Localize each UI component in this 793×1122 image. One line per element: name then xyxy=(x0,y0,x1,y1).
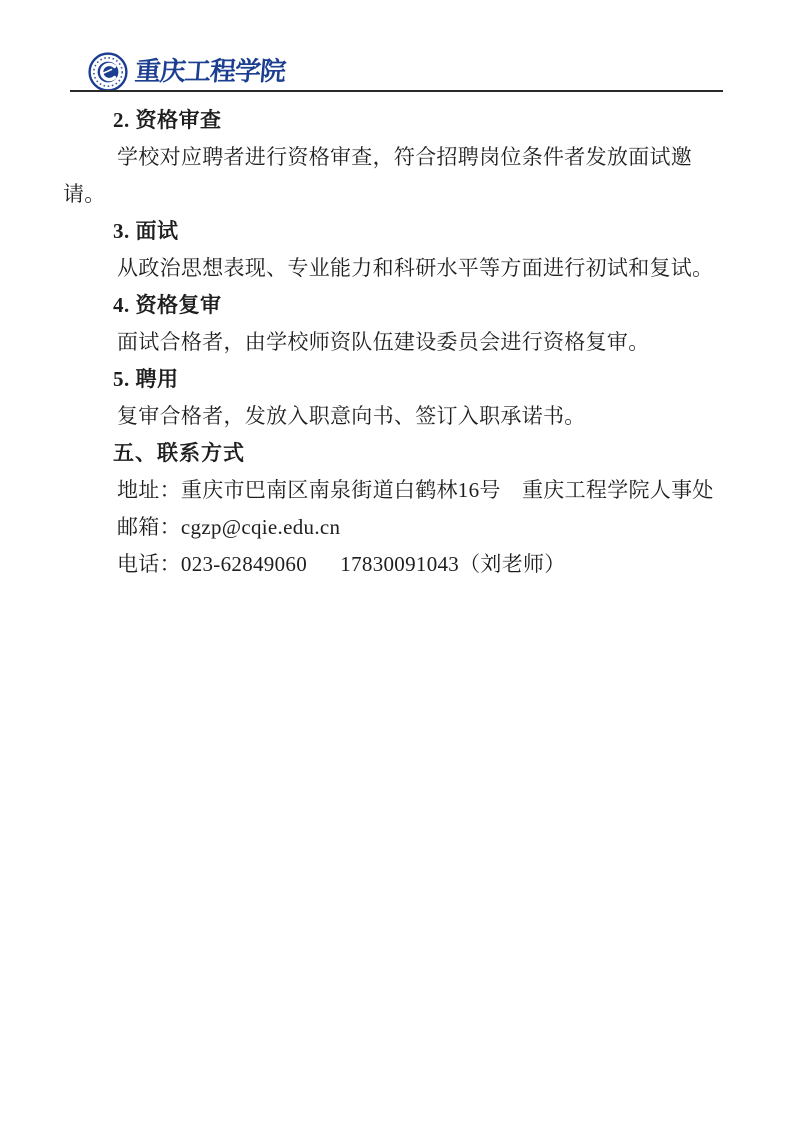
contact-phone-line: 电话：023-62849060 17830091043（刘老师） xyxy=(63,546,733,583)
heading-employment: 5. 聘用 xyxy=(63,361,733,398)
heading-interview: 3. 面试 xyxy=(63,213,733,250)
document-page: 重庆工程学院 2. 资格审查 学校对应聘者进行资格审查，符合招聘岗位条件者发放面… xyxy=(0,0,793,1122)
contact-email-line: 邮箱：cgzp@cqie.edu.cn xyxy=(63,509,733,546)
paragraph-qualification-check-line2: 请。 xyxy=(63,176,733,213)
letterhead: 重庆工程学院 xyxy=(88,52,285,92)
paragraph-qualification-recheck: 面试合格者，由学校师资队伍建设委员会进行资格复审。 xyxy=(63,324,733,361)
contact-address-line: 地址：重庆市巴南区南泉街道白鹤林16号 重庆工程学院人事处 xyxy=(63,472,733,509)
document-body: 2. 资格审查 学校对应聘者进行资格审查，符合招聘岗位条件者发放面试邀 请。 3… xyxy=(63,102,733,583)
heading-contact-info: 五、联系方式 xyxy=(63,435,733,472)
school-name-calligraphy: 重庆工程学院 xyxy=(133,52,287,92)
paragraph-interview: 从政治思想表现、专业能力和科研水平等方面进行初试和复试。 xyxy=(63,250,733,287)
heading-qualification-check: 2. 资格审查 xyxy=(63,102,733,139)
heading-qualification-recheck: 4. 资格复审 xyxy=(63,287,733,324)
header-divider xyxy=(70,90,723,92)
paragraph-qualification-check-line1: 学校对应聘者进行资格审查，符合招聘岗位条件者发放面试邀 xyxy=(63,139,733,176)
school-logo-icon xyxy=(88,52,128,92)
paragraph-employment: 复审合格者，发放入职意向书、签订入职承诺书。 xyxy=(63,398,733,435)
